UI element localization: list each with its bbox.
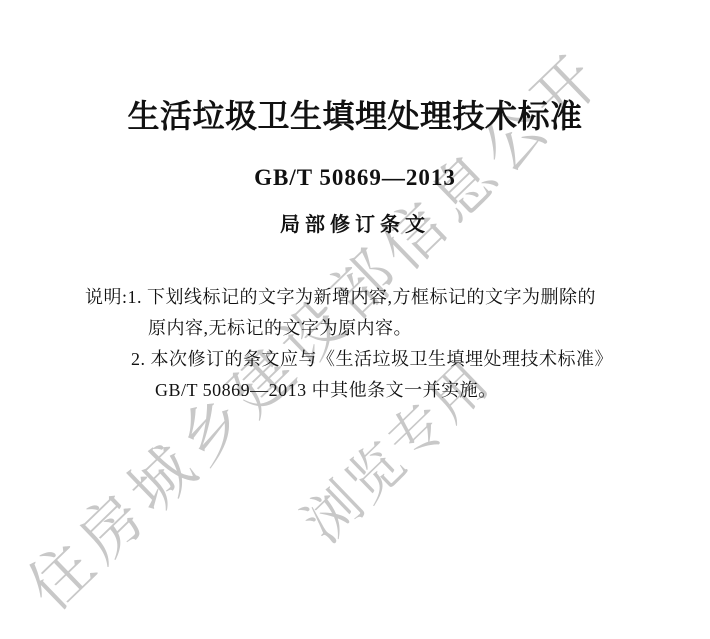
standard-number: GB/T 50869—2013 — [0, 164, 710, 192]
notes-block: 说明:1. 下划线标记的文字为新增内容,方框标记的文字为删除的 原内容,无标记的… — [0, 282, 710, 406]
document-content: 生活垃圾卫生填埋处理技术标准 GB/T 50869—2013 局部修订条文 说明… — [0, 0, 710, 406]
document-title: 生活垃圾卫生填埋处理技术标准 — [0, 98, 710, 134]
note-line-3: 2. 本次修订的条文应与《生活垃圾卫生填埋处理技术标准》 — [131, 344, 710, 375]
document-page: 住房城乡建设部信息公开 浏览专用 生活垃圾卫生填埋处理技术标准 GB/T 508… — [0, 0, 710, 639]
document-subtitle: 局部修订条文 — [0, 212, 710, 238]
note-line-1: 说明:1. 下划线标记的文字为新增内容,方框标记的文字为删除的 — [85, 282, 710, 313]
note-line-4: GB/T 50869—2013 中其他条文一并实施。 — [155, 375, 710, 406]
note-line-2: 原内容,无标记的文字为原内容。 — [148, 313, 710, 344]
